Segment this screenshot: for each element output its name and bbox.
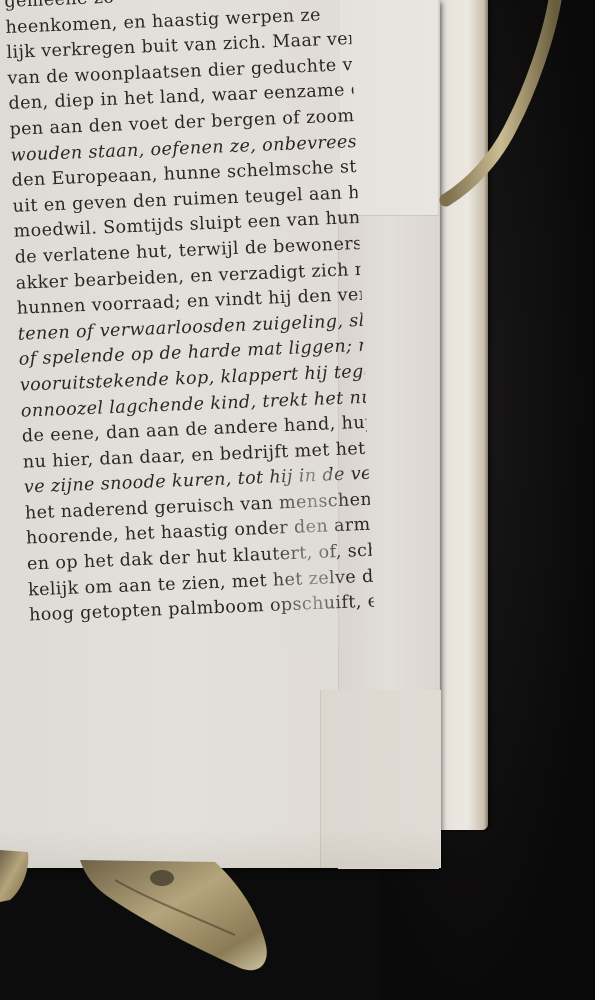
- brass-tail-rod: [446, 0, 555, 200]
- brass-lizard-page-holder: [0, 0, 595, 1000]
- lizard-eye: [150, 870, 174, 886]
- photo-scene: gemeene zo heenkomen, en haastig werpen …: [0, 0, 595, 1000]
- brass-lizard-foot: [0, 850, 28, 902]
